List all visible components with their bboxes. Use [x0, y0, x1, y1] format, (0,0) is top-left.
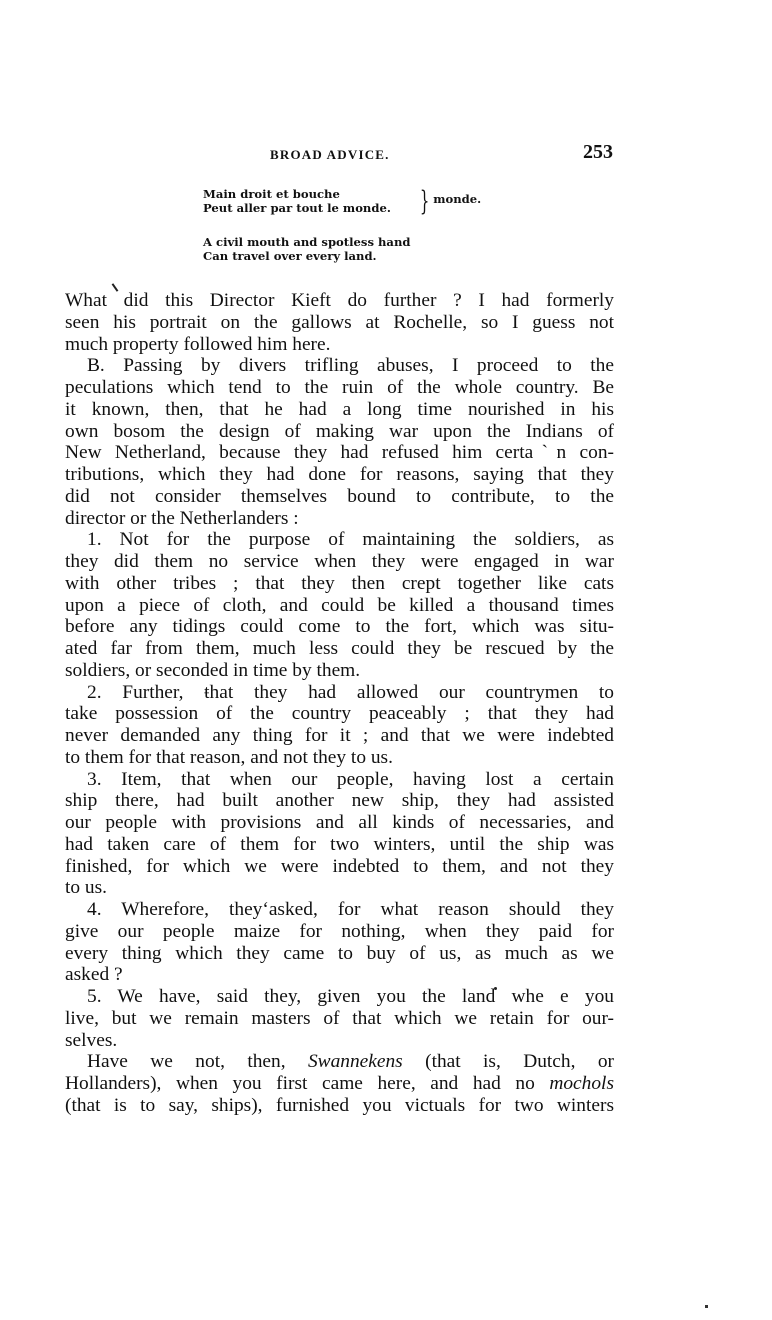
text-line: did not consider themselves bound to con… — [65, 486, 614, 508]
text-segment: director or the Netherlanders : — [65, 508, 299, 529]
text-line: had taken care of them for two winters, … — [65, 834, 614, 856]
text-segment: never demanded any thing for it ; and th… — [65, 725, 614, 746]
text-segment: Hollanders), when you first came here, a… — [65, 1073, 549, 1094]
text-segment: Have we not, then, — [87, 1051, 308, 1072]
text-line: they did them no service when they were … — [65, 551, 614, 573]
text-segment: to us. — [65, 877, 107, 898]
text-segment: 5. We have, said they, given you the lan… — [87, 986, 614, 1007]
text-line: B. Passing by divers trifling abuses, I … — [65, 355, 614, 377]
text-line: What did this Director Kieft do further … — [65, 290, 614, 312]
text-segment: 1. Not for the purpose of maintaining th… — [87, 529, 614, 550]
text-segment: they did them no service when they were … — [65, 551, 614, 572]
text-line: New Netherland, because they had refused… — [65, 442, 614, 464]
text-line: asked ? — [65, 964, 614, 986]
text-line: to them for that reason, and not they to… — [65, 747, 614, 769]
text-segment: New Netherland, because they had refused… — [65, 442, 614, 463]
italic-term: mochols — [549, 1073, 614, 1094]
text-line: soldiers, or seconded in time by them. — [65, 660, 614, 682]
text-line: our people with provisions and all kinds… — [65, 812, 614, 834]
brace-word: monde. — [433, 192, 481, 206]
text-line: peculations which tend to the ruin of th… — [65, 377, 614, 399]
text-segment: before any tidings could come to the for… — [65, 616, 614, 637]
text-line: to us. — [65, 877, 614, 899]
text-line: Hollanders), when you first came here, a… — [65, 1073, 614, 1095]
text-line: 3. Item, that when our people, having lo… — [65, 769, 614, 791]
text-line: every thing which they came to buy of us… — [65, 943, 614, 965]
text-segment: ated far from them, much less could they… — [65, 638, 614, 659]
text-line: seen his portrait on the gallows at Roch… — [65, 312, 614, 334]
text-line: it known, then, that he had a long time … — [65, 399, 614, 421]
text-segment: (that is, Dutch, or — [403, 1051, 614, 1072]
text-segment: had taken care of them for two winters, … — [65, 834, 614, 855]
text-segment: own bosom the design of making war upon … — [65, 421, 614, 442]
book-page: BROAD ADVICE. 253 Main droit et bouche P… — [0, 0, 772, 1320]
text-segment: live, but we remain masters of that whic… — [65, 1008, 614, 1029]
epigraph-line: Main droit et bouche — [203, 187, 391, 201]
text-segment: take possession of the country peaceably… — [65, 703, 614, 724]
text-segment: upon a piece of cloth, and could be kill… — [65, 595, 614, 616]
text-segment: seen his portrait on the gallows at Roch… — [65, 312, 614, 333]
text-segment: selves. — [65, 1030, 117, 1051]
italic-term: Swannekens — [308, 1051, 403, 1072]
text-line: upon a piece of cloth, and could be kill… — [65, 595, 614, 617]
text-line: Have we not, then, Swannekens (that is, … — [65, 1051, 614, 1073]
epigraph-brace: } monde. — [416, 186, 481, 218]
epigraph-line: A civil mouth and spotless hand — [203, 235, 410, 249]
text-segment: (that is to say, ships), furnished you v… — [65, 1095, 614, 1116]
text-line: tributions, which they had done for reas… — [65, 464, 614, 486]
text-line: 1. Not for the purpose of maintaining th… — [65, 529, 614, 551]
epigraph-english: A civil mouth and spotless hand Can trav… — [203, 235, 410, 263]
epigraph-french: Main droit et bouche Peut aller par tout… — [203, 187, 391, 215]
text-segment: asked ? — [65, 964, 123, 985]
epigraph-line: Can travel over every land. — [203, 249, 410, 263]
scan-speck — [494, 987, 497, 990]
text-line: with other tribes ; that they then crept… — [65, 573, 614, 595]
text-segment: What did this Director Kieft do further … — [65, 290, 614, 311]
text-line: give our people maize for nothing, when … — [65, 921, 614, 943]
text-line: ship there, had built another new ship, … — [65, 790, 614, 812]
text-line: own bosom the design of making war upon … — [65, 421, 614, 443]
text-line: 4. Wherefore, theyʻasked, for what reaso… — [65, 899, 614, 921]
text-line: much property followed him here. — [65, 334, 614, 356]
text-segment: 4. Wherefore, theyʻasked, for what reaso… — [87, 899, 614, 920]
text-segment: peculations which tend to the ruin of th… — [65, 377, 614, 398]
running-head: BROAD ADVICE. 253 — [65, 143, 615, 167]
text-segment: ship there, had built another new ship, … — [65, 790, 614, 811]
text-segment: tributions, which they had done for reas… — [65, 464, 614, 485]
text-line: take possession of the country peaceably… — [65, 703, 614, 725]
page-number: 253 — [583, 141, 613, 164]
text-segment: 2. Further, ŧhat they had allowed our co… — [87, 682, 614, 703]
scan-speck — [705, 1305, 708, 1308]
text-segment: to them for that reason, and not they to… — [65, 747, 393, 768]
text-line: ated far from them, much less could they… — [65, 638, 614, 660]
text-line: selves. — [65, 1030, 614, 1052]
running-title: BROAD ADVICE. — [270, 147, 390, 163]
text-line: (that is to say, ships), furnished you v… — [65, 1095, 614, 1117]
text-line: live, but we remain masters of that whic… — [65, 1008, 614, 1030]
epigraph-line: Peut aller par tout le monde. — [203, 201, 391, 215]
text-segment: finished, for which we were indebted to … — [65, 856, 614, 877]
text-line: never demanded any thing for it ; and th… — [65, 725, 614, 747]
text-line: finished, for which we were indebted to … — [65, 856, 614, 878]
text-line: 2. Further, ŧhat they had allowed our co… — [65, 682, 614, 704]
body-text: What did this Director Kieft do further … — [65, 290, 614, 1117]
text-segment: our people with provisions and all kinds… — [65, 812, 614, 833]
text-line: director or the Netherlanders : — [65, 508, 614, 530]
text-segment: 3. Item, that when our people, having lo… — [87, 769, 614, 790]
brace-icon: } — [420, 187, 429, 217]
text-segment: every thing which they came to buy of us… — [65, 943, 614, 964]
text-segment: it known, then, that he had a long time … — [65, 399, 614, 420]
text-segment: with other tribes ; that they then crept… — [65, 573, 614, 594]
text-segment: give our people maize for nothing, when … — [65, 921, 614, 942]
text-segment: soldiers, or seconded in time by them. — [65, 660, 360, 681]
text-segment: B. Passing by divers trifling abuses, I … — [87, 355, 614, 376]
text-segment: much property followed him here. — [65, 334, 330, 355]
text-line: 5. We have, said they, given you the lan… — [65, 986, 614, 1008]
text-segment: did not consider themselves bound to con… — [65, 486, 614, 507]
text-line: before any tidings could come to the for… — [65, 616, 614, 638]
